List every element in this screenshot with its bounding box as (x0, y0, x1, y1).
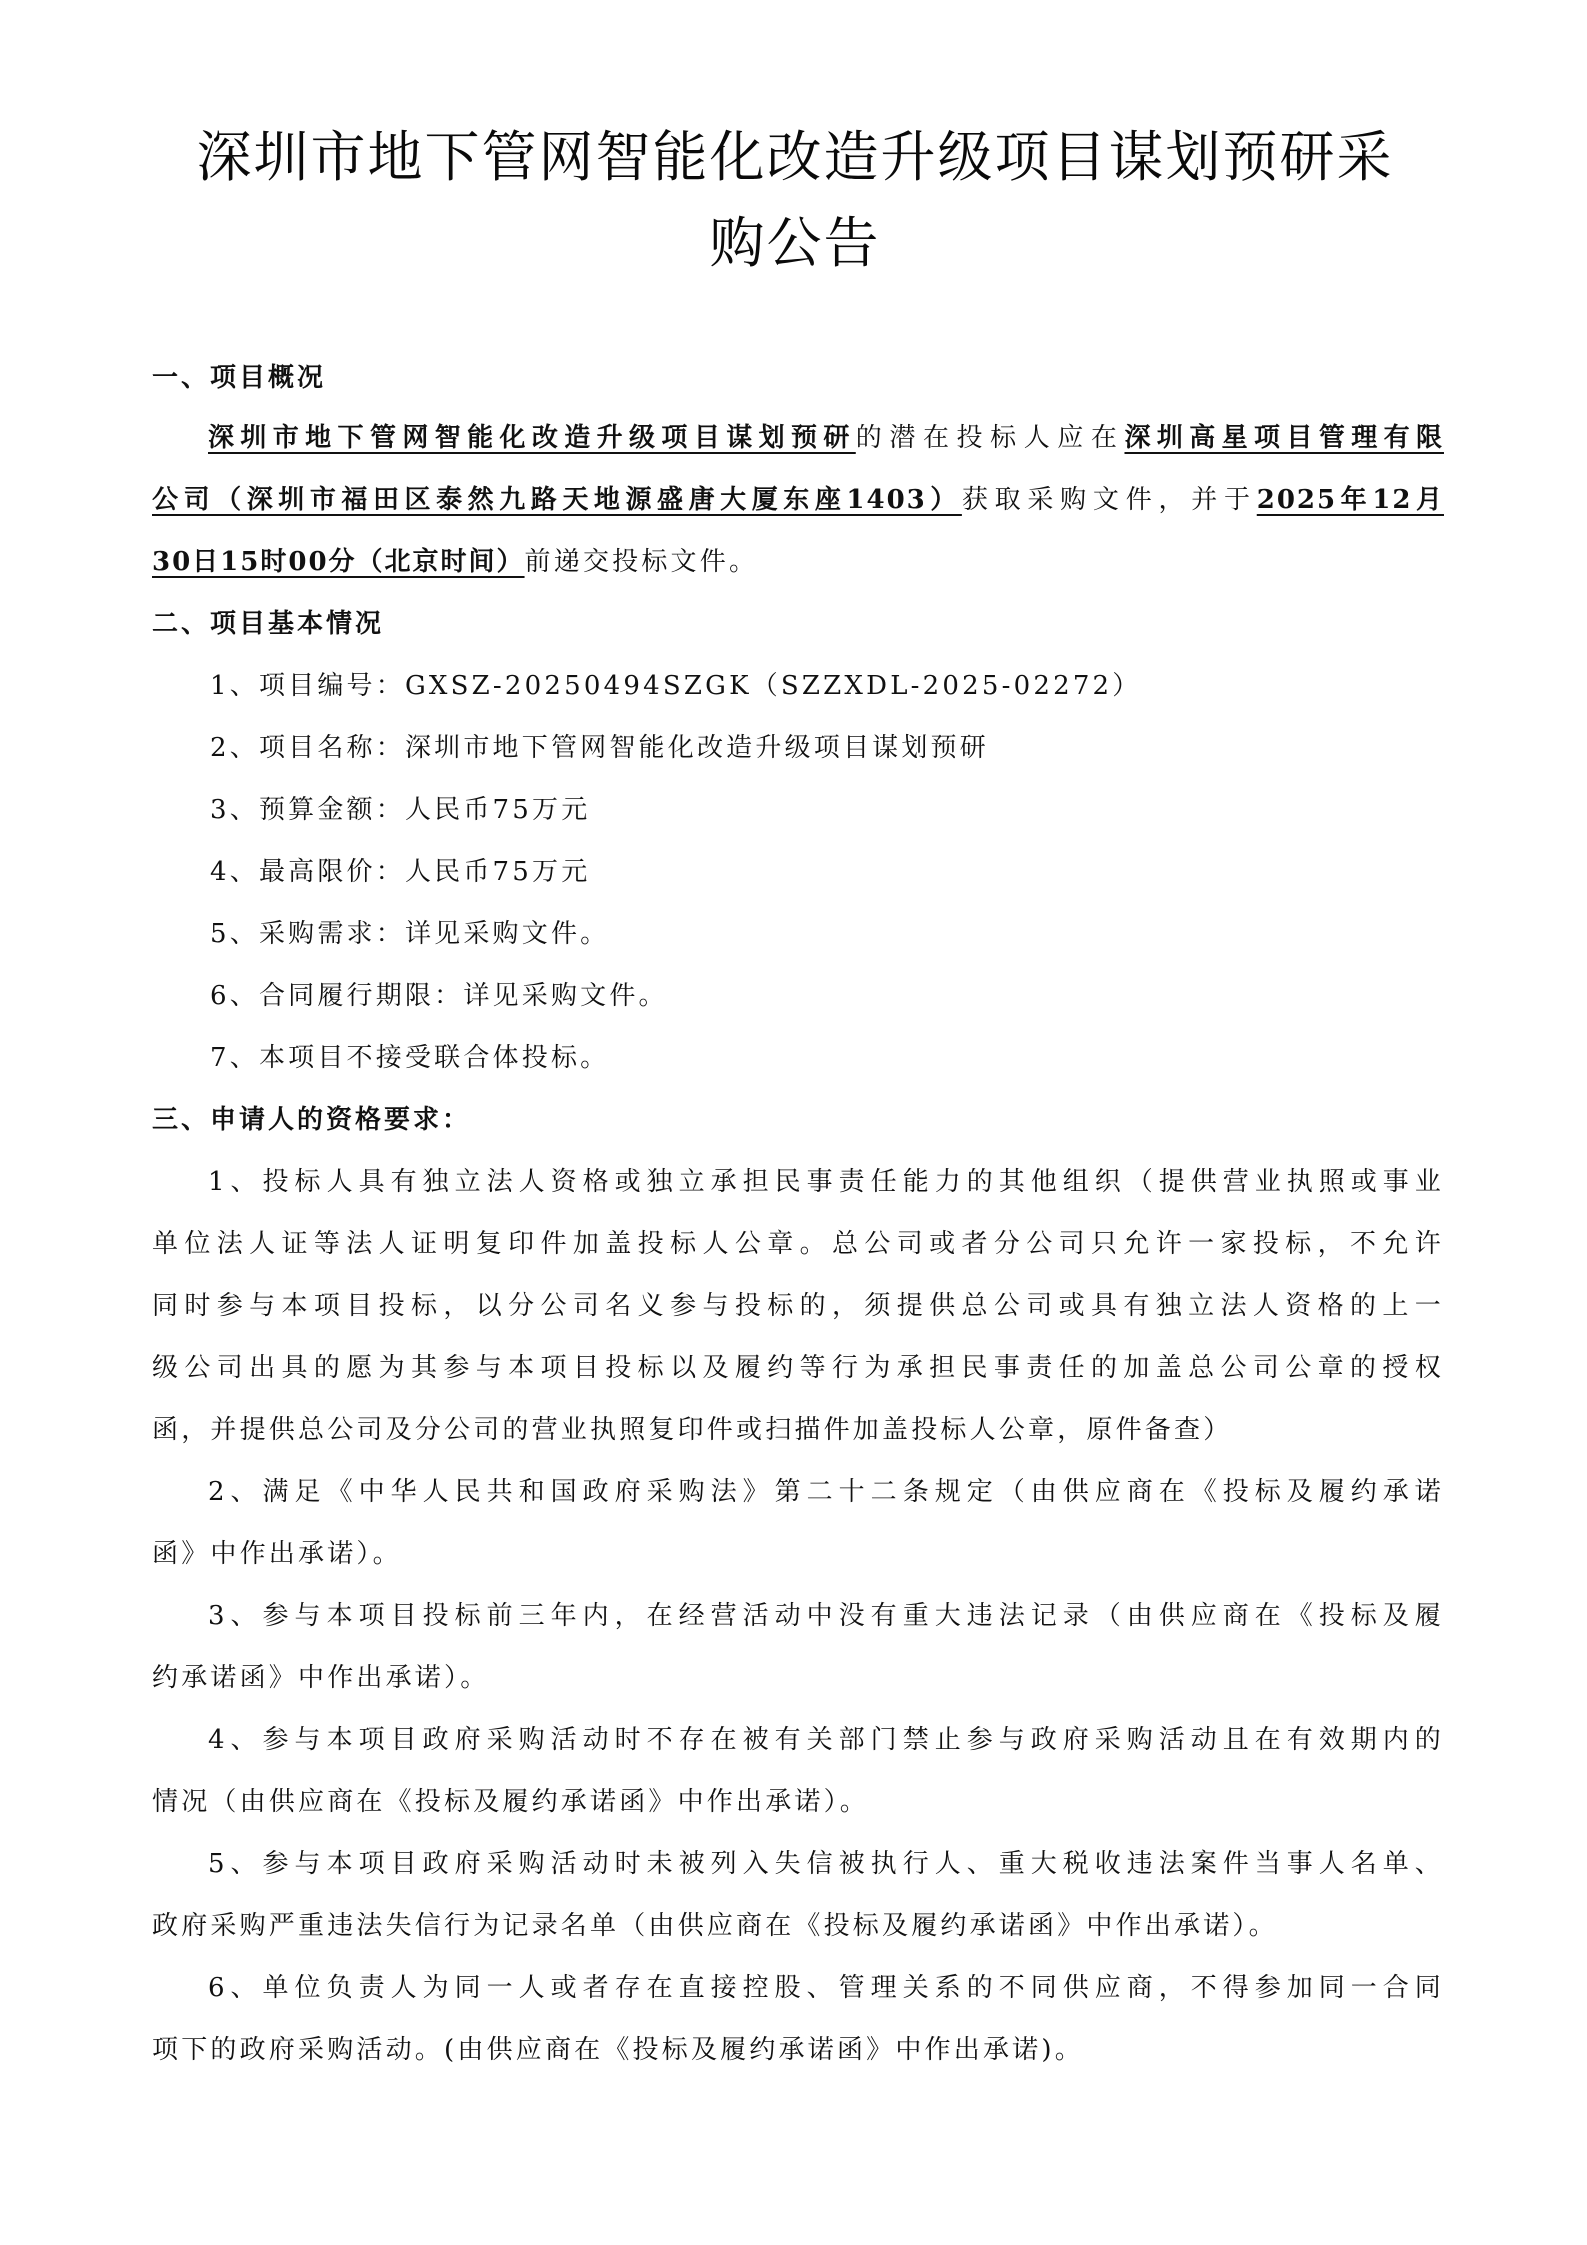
document-page: 深圳市地下管网智能化改造升级项目谋划预研采 购公告 一、项目概况 深圳市地下管网… (0, 0, 1587, 2245)
overview-text: 的潜在投标人应在 (856, 423, 1125, 453)
overview-paragraph-line-2: 公司（深圳市福田区泰然九路天地源盛唐大厦东座1403）获取采购文件，并于2025… (152, 480, 1444, 520)
qualification-5-line-1: 5、参与本项目政府采购活动时未被列入失信被执行人、重大税收违法案件当事人名单、 (152, 1844, 1444, 1884)
qualification-4-line-2: 情况（由供应商在《投标及履约承诺函》中作出承诺）。 (152, 1782, 1444, 1822)
qualification-1-line-3: 同时参与本项目投标，以分公司名义参与投标的，须提供总公司或具有独立法人资格的上一 (152, 1286, 1444, 1326)
basic-info-item-project-name: 2、项目名称：深圳市地下管网智能化改造升级项目谋划预研 (210, 728, 1440, 768)
basic-info-item-max-price: 4、最高限价：人民币75万元 (210, 852, 1440, 892)
deadline-date-underlined: 2025年12月 (1257, 485, 1444, 515)
overview-text: 前递交投标文件。 (525, 547, 759, 577)
section-heading-basic-info: 二、项目基本情况 (152, 604, 1444, 644)
overview-paragraph-line-3: 30日15时00分（北京时间）前递交投标文件。 (152, 542, 1444, 582)
qualification-1-line-1: 1、投标人具有独立法人资格或独立承担民事责任能力的其他组织（提供营业执照或事业 (152, 1162, 1444, 1202)
qualification-3-line-1: 3、参与本项目投标前三年内，在经营活动中没有重大违法记录（由供应商在《投标及履 (152, 1596, 1444, 1636)
basic-info-item-requirements: 5、采购需求：详见采购文件。 (210, 914, 1440, 954)
qualification-3-line-2: 约承诺函》中作出承诺）。 (152, 1658, 1444, 1698)
qualification-6-line-1: 6、单位负责人为同一人或者存在直接控股、管理关系的不同供应商，不得参加同一合同 (152, 1968, 1444, 2008)
section-heading-qualifications: 三、申请人的资格要求： (152, 1100, 1444, 1140)
qualification-2-line-1: 2、满足《中华人民共和国政府采购法》第二十二条规定（由供应商在《投标及履约承诺 (152, 1472, 1444, 1512)
overview-text: 获取采购文件，并于 (962, 485, 1257, 515)
section-heading-overview: 一、项目概况 (152, 358, 1444, 398)
basic-info-item-contract-period: 6、合同履行期限：详见采购文件。 (210, 976, 1440, 1016)
agency-address-underlined: 公司（深圳市福田区泰然九路天地源盛唐大厦东座1403） (152, 485, 962, 515)
qualification-1-line-4: 级公司出具的愿为其参与本项目投标以及履约等行为承担民事责任的加盖总公司公章的授权 (152, 1348, 1444, 1388)
qualification-2-line-2: 函》中作出承诺）。 (152, 1534, 1444, 1574)
qualification-5-line-2: 政府采购严重违法失信行为记录名单（由供应商在《投标及履约承诺函》中作出承诺）。 (152, 1906, 1444, 1946)
deadline-time-underlined: 30日15时00分（北京时间） (152, 547, 525, 577)
overview-paragraph-line-1: 深圳市地下管网智能化改造升级项目谋划预研的潜在投标人应在深圳高星项目管理有限 (152, 418, 1444, 458)
document-title-line-2: 购公告 (150, 198, 1440, 288)
qualification-1-line-5: 函，并提供总公司及分公司的营业执照复印件或扫描件加盖投标人公章，原件备查） (152, 1410, 1444, 1450)
qualification-6-line-2: 项下的政府采购活动。(由供应商在《投标及履约承诺函》中作出承诺)。 (152, 2030, 1444, 2070)
basic-info-item-budget: 3、预算金额：人民币75万元 (210, 790, 1440, 830)
project-name-underlined: 深圳市地下管网智能化改造升级项目谋划预研 (208, 423, 856, 453)
qualification-1-line-2: 单位法人证等法人证明复印件加盖投标人公章。总公司或者分公司只允许一家投标，不允许 (152, 1224, 1444, 1264)
qualification-4-line-1: 4、参与本项目政府采购活动时不存在被有关部门禁止参与政府采购活动且在有效期内的 (152, 1720, 1444, 1760)
document-title-line-1: 深圳市地下管网智能化改造升级项目谋划预研采 (150, 112, 1440, 202)
basic-info-item-project-number: 1、项目编号：GXSZ-20250494SZGK（SZZXDL-2025-022… (210, 666, 1440, 706)
agency-name-underlined: 深圳高星项目管理有限 (1124, 423, 1444, 453)
basic-info-item-no-consortium: 7、本项目不接受联合体投标。 (210, 1038, 1440, 1078)
